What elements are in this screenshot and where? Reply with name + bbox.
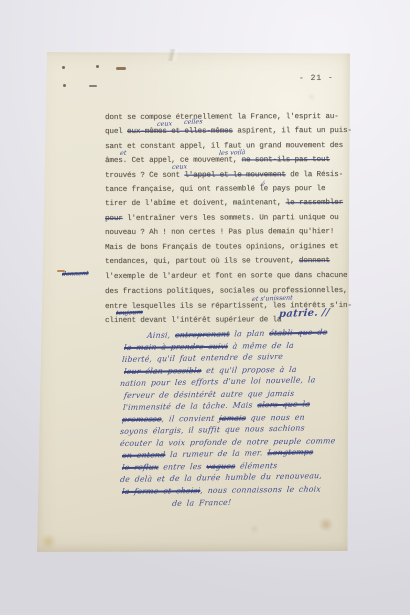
manuscript-line: l'immensité de la tâche. Mais alors que … — [123, 400, 311, 412]
manuscript-line: de la France! — [172, 499, 232, 508]
struck-text: la main à prendre — [124, 342, 205, 352]
struck-text: établi que de — [269, 328, 328, 338]
manuscript-line: écouter la voix profonde de notre peuple… — [120, 437, 336, 448]
struck-text: le reflux — [122, 463, 160, 472]
struck-text: Longtemps — [267, 447, 314, 457]
struck-text: jamais — [219, 413, 247, 422]
manuscript-line: ferveur de désintérêt autre que jamais — [124, 390, 295, 400]
manuscript-line: de delà et de la durée humble du renouve… — [120, 472, 323, 484]
manuscript-line: soyons élargis, il suffit que nous sachi… — [120, 424, 305, 436]
struck-text: promesse — [122, 415, 163, 424]
manuscript-line: la forme et choisi, nous connaissons le … — [122, 486, 322, 496]
struck-text: on entend — [122, 450, 166, 460]
struck-text: vagues — [206, 462, 236, 471]
manuscript-line: on entend la rumeur de la mer. Longtemps — [122, 448, 314, 460]
struck-text: la forme et choisi — [122, 486, 201, 496]
manuscript-line: le reflux entre les vagues éléments — [122, 462, 278, 472]
manuscript-line: Ainsi, entreprenant la plan établi que d… — [147, 329, 328, 340]
struck-text: alors que la — [257, 399, 310, 409]
struck-text: entreprenant — [175, 329, 230, 339]
struck-text: leur élan — [124, 367, 164, 376]
manuscript-line: promesse, il convient jamais que nous en — [122, 414, 306, 424]
manuscript-block: Ainsi, entreprenant la plan établi que d… — [0, 0, 410, 615]
manuscript-line: leur élan possible et qu'il propose à la — [124, 366, 298, 376]
manuscript-line: la main à prendre suivi à même de la — [124, 342, 295, 352]
manuscript-line: nation pour les efforts d'une loi nouvel… — [120, 376, 316, 388]
photo-background: - 21 - dont se compose éternellement la … — [0, 0, 410, 615]
manuscript-line: liberté, qu'il faut entendre de suivre — [122, 353, 284, 364]
struck-text: possible — [162, 366, 202, 375]
struck-text: suivi — [203, 342, 228, 351]
